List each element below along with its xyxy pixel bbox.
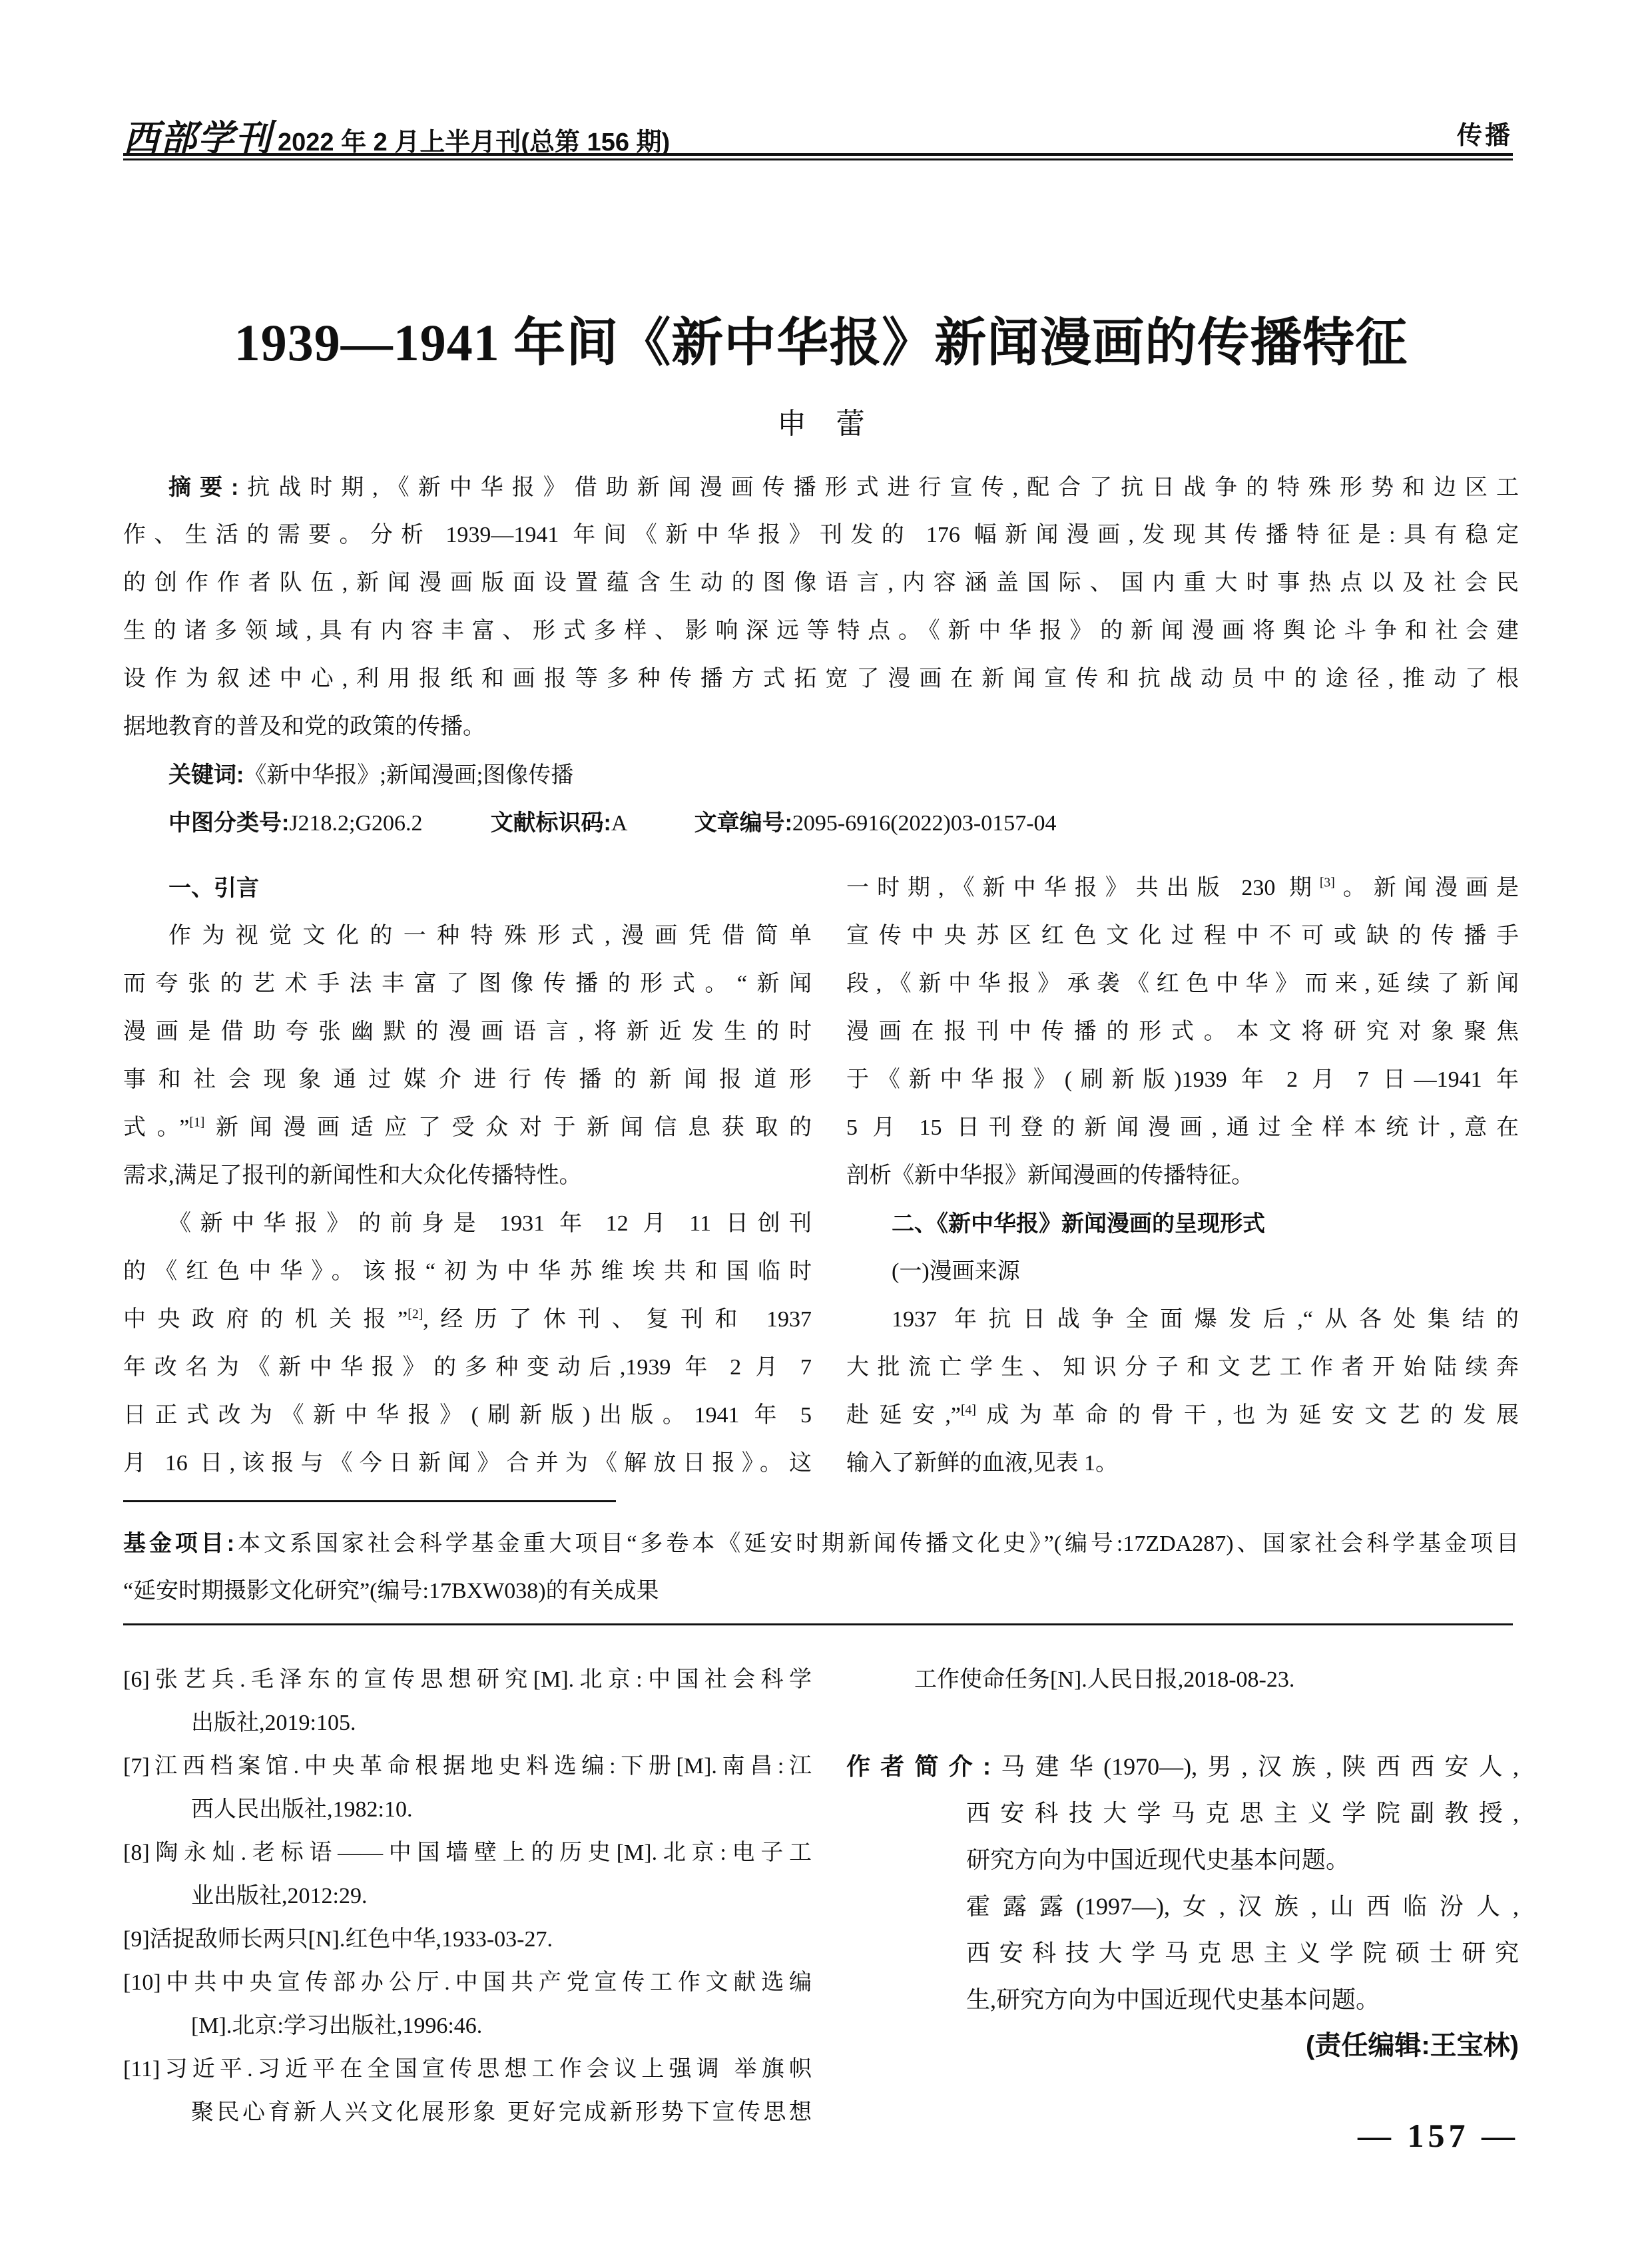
text-line: “延安时期摄影文化研究”(编号:17BXW038)的有关成果	[123, 1567, 1519, 1615]
text-line: 年改名为《新中华报》的多种变动后,1939 年 2 月 7	[123, 1344, 812, 1392]
text-line: 漫画是借助夸张幽默的漫画语言,将新近发生的时	[123, 1008, 812, 1056]
text-line: 生,研究方向为中国近现代史基本问题。	[846, 1976, 1519, 2023]
editor-note: (责任编辑:王宝林)	[846, 2024, 1519, 2062]
text-line: 作、生活的需要。分析 1939—1941 年间《新中华报》刊发的 176 幅新闻…	[123, 511, 1519, 559]
text-line: 段,《新中华报》承袭《红色中华》而来,延续了新闻	[846, 960, 1519, 1008]
text-line: 中图分类号:J218.2;G206.2 文献标识码:A 文章编号:2095-69…	[123, 799, 1519, 847]
bold-label: 作者简介:	[846, 1753, 991, 1780]
footnote-separator	[123, 1500, 616, 1502]
text-line: 出版社,2019:105.	[123, 1701, 812, 1745]
body-column-right: 一时期,《新中华报》共出版 230 期[3]。新闻漫画是宣传中央苏区红色文化过程…	[846, 864, 1519, 1488]
references-separator	[123, 1623, 1513, 1625]
text-line: 1937 年抗日战争全面爆发后,“从各处集结的	[846, 1296, 1519, 1344]
journal-page: 西部学刊 2022 年 2 月上半月刊(总第 156 期) 传播 1939—19…	[0, 0, 1652, 2242]
text-line: 摘要:抗战时期,《新中华报》借助新闻漫画传播形式进行宣传,配合了抗日战争的特殊形…	[123, 463, 1519, 511]
text-line: 一时期,《新中华报》共出版 230 期[3]。新闻漫画是	[846, 864, 1519, 912]
page-number: — 157 —	[846, 2116, 1519, 2155]
author-name: 申 蕾	[123, 400, 1519, 442]
text-line: 关键词:《新中华报》;新闻漫画;图像传播	[123, 751, 1519, 799]
text-line: 设作为叙述中心,利用报纸和画报等多种传播方式拓宽了漫画在新闻宣传和抗战动员中的途…	[123, 655, 1519, 703]
text-line: 一、引言	[123, 864, 812, 912]
text-line: [6]张艺兵.毛泽东的宣传思想研究[M].北京:中国社会科学	[123, 1658, 812, 1701]
text-line: 5 月 15 日刊登的新闻漫画,通过全样本统计,意在	[846, 1104, 1519, 1152]
text-line: 作者简介:马建华(1970—),男,汉族,陕西西安人,	[846, 1743, 1519, 1790]
text-line: (一)漫画来源	[846, 1248, 1519, 1296]
text-line: 作为视觉文化的一种特殊形式,漫画凭借简单	[123, 912, 812, 960]
issue-info: 2022 年 2 月上半月刊(总第 156 期)	[278, 121, 670, 158]
citation-superscript: [3]	[1320, 876, 1335, 890]
text-line: 剖析《新中华报》新闻漫画的传播特征。	[846, 1152, 1519, 1200]
references-column-right: 工作使命任务[N].人民日报,2018-08-23.	[846, 1658, 1519, 1701]
author-bio: 作者简介:马建华(1970—),男,汉族,陕西西安人,西安科技大学马克思主义学院…	[846, 1743, 1519, 2023]
bold-label: 中图分类号:	[168, 810, 289, 836]
text-line: 二、《新中华报》新闻漫画的呈现形式	[846, 1200, 1519, 1248]
text-line: [9]活捉敌师长两只[N].红色中华,1933-03-27.	[123, 1918, 812, 1961]
body-column-left: 一、引言作为视觉文化的一种特殊形式,漫画凭借简单而夸张的艺术手法丰富了图像传播的…	[123, 864, 812, 1488]
text-line: 中央政府的机关报”[2],经历了休刊、复刊和 1937	[123, 1296, 812, 1344]
references-column-left: [6]张艺兵.毛泽东的宣传思想研究[M].北京:中国社会科学出版社,2019:1…	[123, 1658, 812, 2134]
text-line: 聚民心育新人兴文化展形象 更好完成新形势下宣传思想	[123, 2091, 812, 2134]
text-line: 基金项目:本文系国家社会科学基金重大项目“多卷本《延安时期新闻传播文化史》”(编…	[123, 1520, 1519, 1567]
journal-header: 西部学刊 2022 年 2 月上半月刊(总第 156 期)	[123, 110, 670, 150]
text-line: 输入了新鲜的血液,见表 1。	[846, 1440, 1519, 1488]
citation-superscript: [4]	[961, 1403, 976, 1418]
text-line: 西安科技大学马克思主义学院副教授,	[846, 1790, 1519, 1836]
text-line: 赴延安,”[4]成为革命的骨干,也为延安文艺的发展	[846, 1392, 1519, 1440]
text-line: 事和社会现象通过媒介进行传播的新闻报道形	[123, 1056, 812, 1104]
text-line: 需求,满足了报刊的新闻性和大众化传播特性。	[123, 1152, 812, 1200]
text-line: 的《红色中华》。该报“初为中华苏维埃共和国临时	[123, 1248, 812, 1296]
text-line: 工作使命任务[N].人民日报,2018-08-23.	[846, 1658, 1519, 1701]
text-line: 据地教育的普及和党的政策的传播。	[123, 703, 1519, 751]
text-line: [7]江西档案馆.中央革命根据地史料选编:下册[M].南昌:江	[123, 1745, 812, 1788]
bold-label: 关键词:	[168, 762, 244, 788]
front-matter: 摘要:抗战时期,《新中华报》借助新闻漫画传播形式进行宣传,配合了抗日战争的特殊形…	[123, 463, 1519, 847]
text-line: 西安科技大学马克思主义学院硕士研究	[846, 1930, 1519, 1976]
text-line: 西人民出版社,1982:10.	[123, 1788, 812, 1831]
text-line: [M].北京:学习出版社,1996:46.	[123, 2004, 812, 2048]
text-line: 业出版社,2012:29.	[123, 1874, 812, 1918]
text-line: 研究方向为中国近现代史基本问题。	[846, 1836, 1519, 1883]
bold-label: 摘要:	[168, 475, 238, 500]
citation-superscript: [1]	[189, 1115, 204, 1130]
text-line: 于《新中华报》(刷新版)1939 年 2 月 7 日—1941 年	[846, 1056, 1519, 1104]
section-label: 传播	[1457, 115, 1513, 151]
text-line: 的创作作者队伍,新闻漫画版面设置蕴含生动的图像语言,内容涵盖国际、国内重大时事热…	[123, 559, 1519, 607]
text-line: 《新中华报》的前身是 1931 年 12 月 11 日创刊	[123, 1200, 812, 1248]
text-line: [8]陶永灿.老标语——中国墙壁上的历史[M].北京:电子工	[123, 1831, 812, 1874]
text-line: 漫画在报刊中传播的形式。本文将研究对象聚焦	[846, 1008, 1519, 1056]
text-line: 式。”[1]新闻漫画适应了受众对于新闻信息获取的	[123, 1104, 812, 1152]
text-line: 日正式改为《新中华报》(刷新版)出版。1941 年 5	[123, 1392, 812, 1440]
bold-label: 基金项目:	[123, 1531, 234, 1556]
citation-superscript: [2]	[408, 1307, 423, 1322]
bold-label: 文章编号:	[694, 810, 792, 836]
text-line: 而夸张的艺术手法丰富了图像传播的形式。“新闻	[123, 960, 812, 1008]
text-line: 月 16 日,该报与《今日新闻》合并为《解放日报》。这	[123, 1440, 812, 1488]
article-title: 1939—1941 年间《新中华报》新闻漫画的传播特征	[123, 301, 1519, 376]
text-line: [11]习近平.习近平在全国宣传思想工作会议上强调 举旗帜	[123, 2048, 812, 2091]
text-line: 生的诸多领域,具有内容丰富、形式多样、影响深远等特点。《新中华报》的新闻漫画将舆…	[123, 607, 1519, 655]
header-rule-top	[123, 153, 1513, 156]
text-line: 大批流亡学生、知识分子和文艺工作者开始陆续奔	[846, 1344, 1519, 1392]
bold-label: 文献标识码:	[491, 810, 611, 836]
text-line: [10]中共中央宣传部办公厅.中国共产党宣传工作文献选编	[123, 1961, 812, 2004]
text-line: 霍露露(1997—),女,汉族,山西临汾人,	[846, 1883, 1519, 1930]
header-rule-bottom	[123, 158, 1513, 160]
text-line: 宣传中央苏区红色文化过程中不可或缺的传播手	[846, 912, 1519, 960]
funding-note: 基金项目:本文系国家社会科学基金重大项目“多卷本《延安时期新闻传播文化史》”(编…	[123, 1520, 1519, 1615]
